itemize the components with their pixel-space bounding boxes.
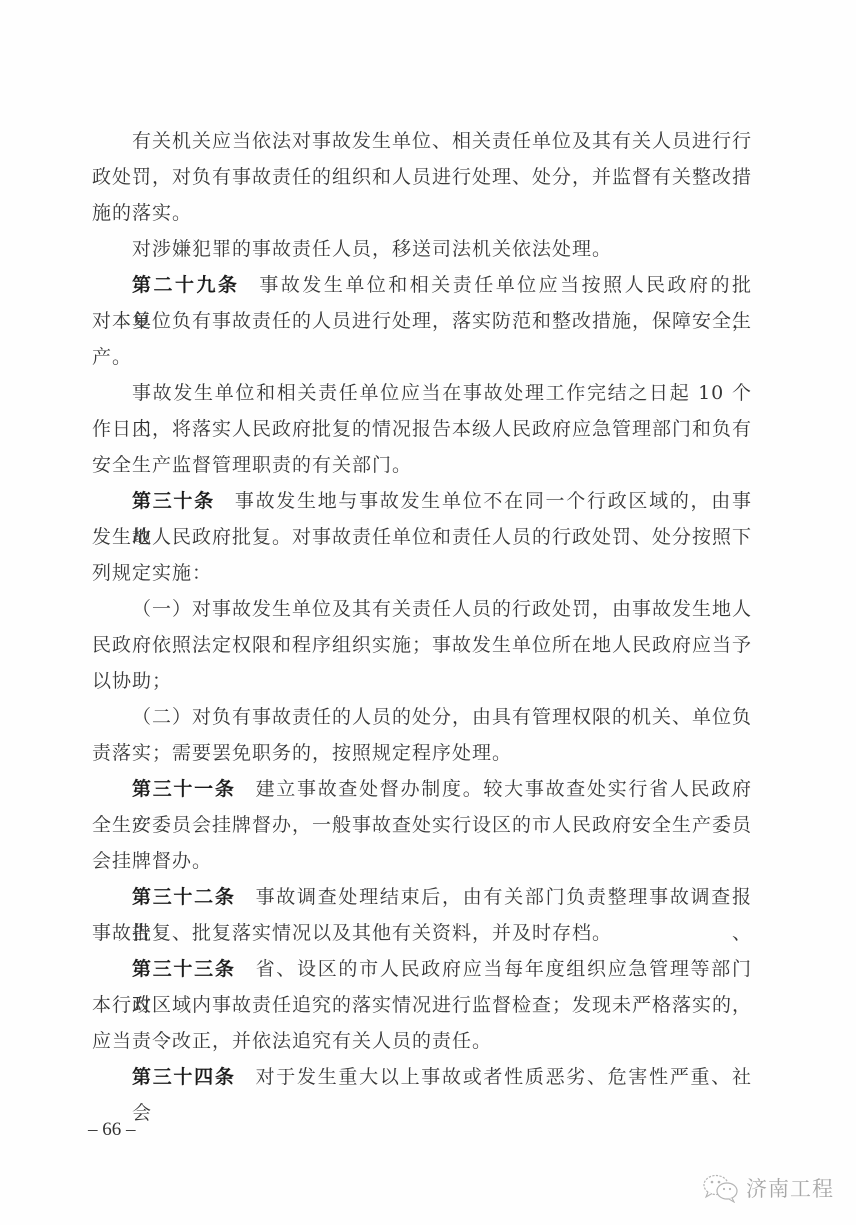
text-line: 第三十二条事故调查处理结束后，由有关部门负责整理事故调查报告、 xyxy=(92,879,752,915)
list-item-paragraph: （一）对事故发生单位及其有关责任人员的行政处罚，由事故发生地人 民政府依照法定权… xyxy=(92,591,752,699)
text-line: 民政府依照法定权限和程序组织实施；事故发生单位所在地人民政府应当予 xyxy=(92,627,752,663)
wechat-icon xyxy=(702,1173,740,1203)
text-line: 作日内，将落实人民政府批复的情况报告本级人民政府应急管理部门和负有 xyxy=(92,411,752,447)
text-line: 政处罚，对负有事故责任的组织和人员进行处理、处分，并监督有关整改措 xyxy=(92,159,752,195)
text-line: （二）对负有事故责任的人员的处分，由具有管理权限的机关、单位负 xyxy=(92,699,752,735)
list-item-paragraph: （二）对负有事故责任的人员的处分，由具有管理权限的机关、单位负 责落实；需要罢免… xyxy=(92,699,752,771)
paragraph: 有关机关应当依法对事故发生单位、相关责任单位及其有关人员进行行 政处罚，对负有事… xyxy=(92,123,752,231)
text-line: 第三十条事故发生地与事故发生单位不在同一个行政区域的，由事故 xyxy=(92,483,752,519)
watermark-text: 济南工程 xyxy=(746,1173,834,1203)
text-line: （一）对事故发生单位及其有关责任人员的行政处罚，由事故发生地人 xyxy=(92,591,752,627)
article-heading: 第三十一条 xyxy=(132,778,236,800)
text-line: 全生产委员会挂牌督办，一般事故查处实行设区的市人民政府安全生产委员 xyxy=(92,807,752,843)
text-line: 第三十三条省、设区的市人民政府应当每年度组织应急管理等部门对 xyxy=(92,951,752,987)
document-page: 有关机关应当依法对事故发生单位、相关责任单位及其有关人员进行行 政处罚，对负有事… xyxy=(0,0,856,1225)
article-heading: 第三十条 xyxy=(132,490,215,512)
text-line: 施的落实。 xyxy=(92,195,752,231)
text-line: 有关机关应当依法对事故发生单位、相关责任单位及其有关人员进行行 xyxy=(92,123,752,159)
text-line: 对涉嫌犯罪的事故责任人员，移送司法机关依法处理。 xyxy=(92,231,752,267)
text-line: 发生地人民政府批复。对事故责任单位和责任人员的行政处罚、处分按照下 xyxy=(92,519,752,555)
article-heading: 第三十三条 xyxy=(132,958,236,980)
text-line: 以协助； xyxy=(92,663,752,699)
text-line: 本行政区域内事故责任追究的落实情况进行监督检查；发现未严格落实的， xyxy=(92,987,752,1023)
text-line: 应当责令改正，并依法追究有关人员的责任。 xyxy=(92,1023,752,1059)
article-paragraph: 第三十二条事故调查处理结束后，由有关部门负责整理事故调查报告、 事故批复、批复落… xyxy=(92,879,752,951)
article-heading: 第三十四条 xyxy=(132,1066,236,1088)
text-line: 对本单位负有事故责任的人员进行处理，落实防范和整改措施，保障安全生 xyxy=(92,303,752,339)
article-heading: 第三十二条 xyxy=(132,886,236,908)
article-paragraph: 第二十九条事故发生单位和相关责任单位应当按照人民政府的批复， 对本单位负有事故责… xyxy=(92,267,752,375)
text-line: 会挂牌督办。 xyxy=(92,843,752,879)
article-paragraph: 第三十一条建立事故查处督办制度。较大事故查处实行省人民政府安 全生产委员会挂牌督… xyxy=(92,771,752,879)
text-line: 安全生产监督管理职责的有关部门。 xyxy=(92,447,752,483)
watermark: 济南工程 xyxy=(702,1173,834,1203)
article-paragraph: 第三十四条对于发生重大以上事故或者性质恶劣、危害性严重、社会 xyxy=(92,1059,752,1095)
page-number: – 66 – xyxy=(88,1119,136,1141)
article-paragraph: 第三十条事故发生地与事故发生单位不在同一个行政区域的，由事故 发生地人民政府批复… xyxy=(92,483,752,591)
text-line: 事故发生单位和相关责任单位应当在事故处理工作完结之日起 10 个工 xyxy=(92,375,752,411)
document-body: 有关机关应当依法对事故发生单位、相关责任单位及其有关人员进行行 政处罚，对负有事… xyxy=(92,123,752,1095)
paragraph: 对涉嫌犯罪的事故责任人员，移送司法机关依法处理。 xyxy=(92,231,752,267)
article-paragraph: 第三十三条省、设区的市人民政府应当每年度组织应急管理等部门对 本行政区域内事故责… xyxy=(92,951,752,1059)
paragraph: 事故发生单位和相关责任单位应当在事故处理工作完结之日起 10 个工 作日内，将落… xyxy=(92,375,752,483)
text-line: 产。 xyxy=(92,339,752,375)
text-line: 第三十一条建立事故查处督办制度。较大事故查处实行省人民政府安 xyxy=(92,771,752,807)
text-line: 列规定实施： xyxy=(92,555,752,591)
text-line: 第二十九条事故发生单位和相关责任单位应当按照人民政府的批复， xyxy=(92,267,752,303)
article-heading: 第二十九条 xyxy=(132,274,239,296)
text-line: 第三十四条对于发生重大以上事故或者性质恶劣、危害性严重、社会 xyxy=(92,1059,752,1095)
text-line: 责落实；需要罢免职务的，按照规定程序处理。 xyxy=(92,735,752,771)
